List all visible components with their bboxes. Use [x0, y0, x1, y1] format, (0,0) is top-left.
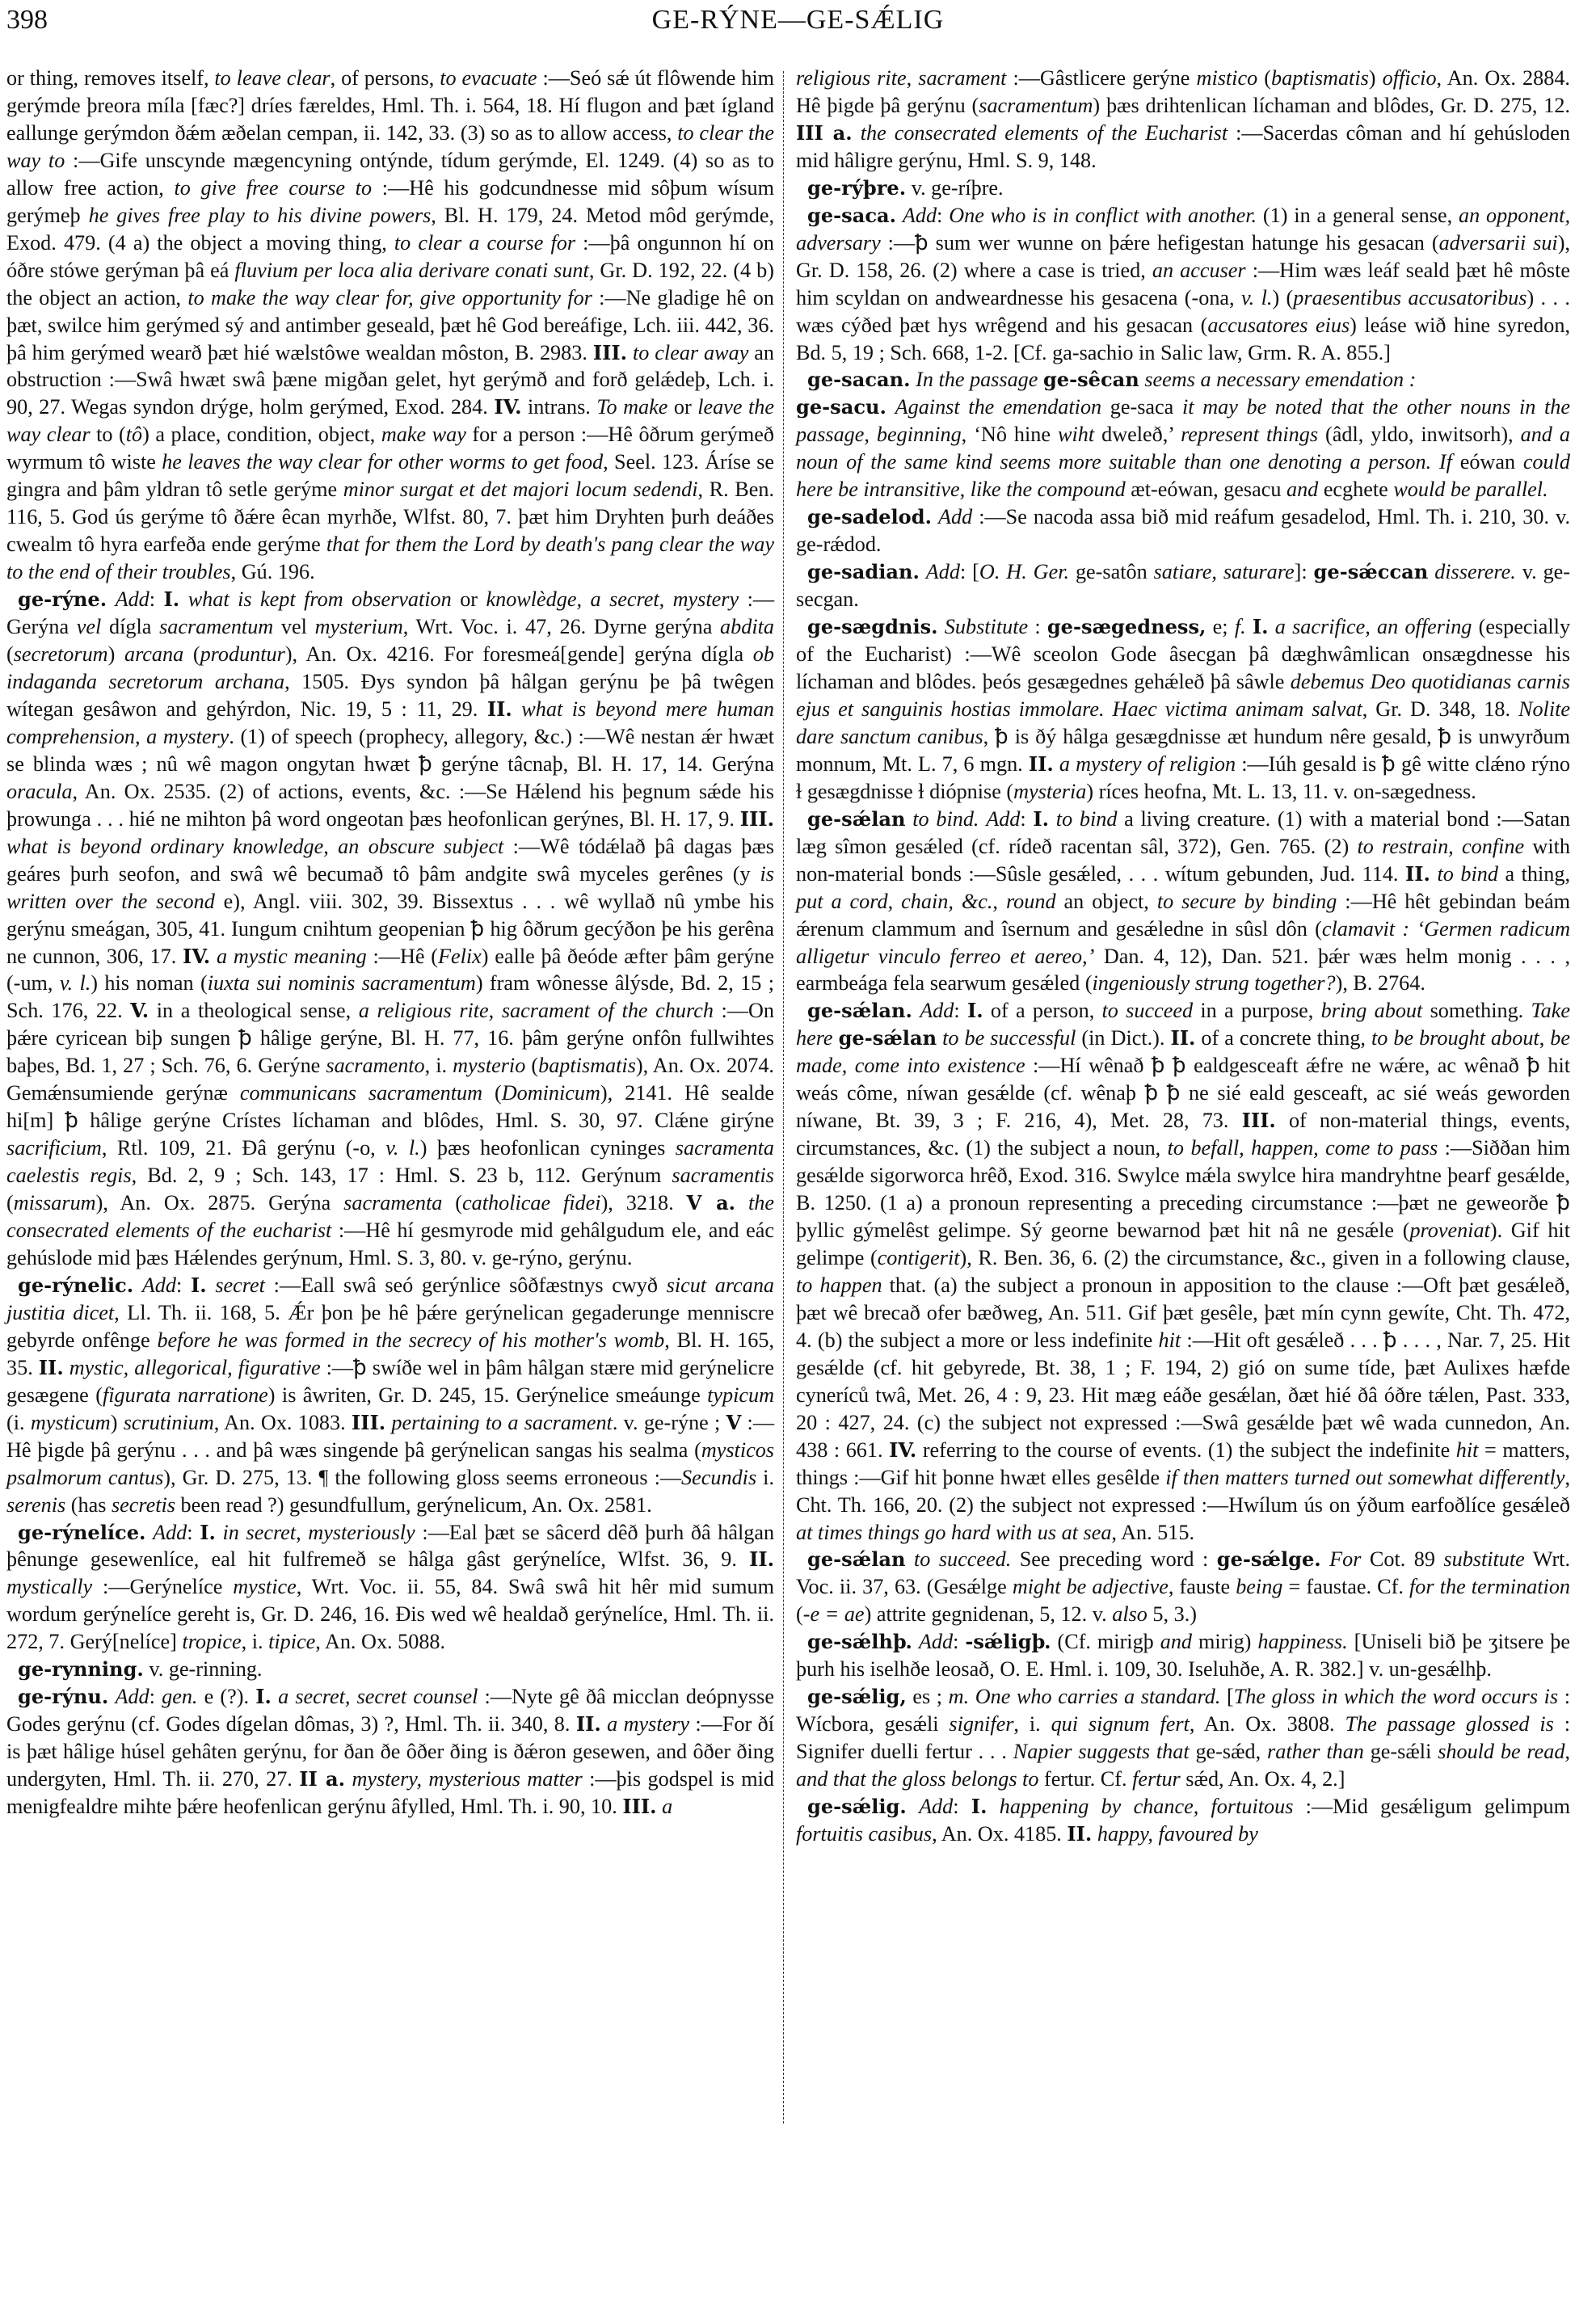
entry-text: See preceding word :	[1011, 1547, 1216, 1571]
gloss-text: catholicae fidei	[462, 1191, 601, 1214]
gloss-text: fluvium per loca alia derivare conati su…	[234, 259, 588, 282]
sense-number: II a.	[299, 1767, 345, 1791]
sense-number: ge-sǽlge.	[1217, 1547, 1321, 1571]
gloss-text: a mystic meaning	[217, 945, 367, 968]
entry-text	[107, 587, 115, 611]
entry-text	[920, 560, 926, 583]
gloss-text: Add	[919, 1795, 953, 1818]
gloss-text: v. l.	[1241, 286, 1272, 309]
sense-number: III.	[593, 341, 627, 364]
entry-text: es ;	[907, 1685, 949, 1708]
gloss-text: iuxta sui nominis sacramentum	[208, 971, 476, 995]
headword: ge-rýnelíce.	[18, 1521, 145, 1544]
gloss-text: signifer	[949, 1712, 1013, 1736]
gloss-text: to make the way clear for, give opportun…	[187, 286, 592, 309]
sense-number: III.	[352, 1411, 385, 1434]
dictionary-entry: ge-rýnu. Add: gen. e (?). I. a secret, s…	[6, 1683, 774, 1821]
gloss-text: missarum	[14, 1191, 96, 1214]
dictionary-entry: ge-sacu. Against the emendation ge-saca …	[796, 394, 1570, 503]
entry-text	[133, 1273, 142, 1297]
entry-text: :—Hê (	[367, 945, 438, 968]
entry-text: :—Mid gesǽligum gelimpum	[1293, 1795, 1570, 1818]
entry-text	[912, 1630, 919, 1653]
headword: ge-sǽlig.	[807, 1795, 907, 1818]
entry-text: . v. ge-rýne ;	[613, 1411, 726, 1434]
entry-text: ,	[1539, 1026, 1551, 1050]
entry-text: (	[482, 1081, 502, 1105]
entry-text: , An. Ox. 2535. (2) of actions, events, …	[6, 780, 774, 831]
gloss-text: mystic, allegorical, figurative	[69, 1356, 321, 1379]
entry-text: ), An. Ox. 4216. For foresmeá[gende] ger…	[285, 642, 753, 666]
gloss-text: to clear away	[633, 341, 748, 364]
gloss-text: bring about	[1321, 999, 1423, 1022]
column-divider	[783, 71, 784, 2124]
gloss-text: Add	[920, 999, 954, 1022]
headword: ge-rýne.	[18, 587, 107, 611]
gloss-text: mysticum	[31, 1411, 111, 1434]
sense-number: III.	[740, 807, 774, 831]
gloss-text: To make	[596, 395, 667, 419]
entry-text	[179, 587, 187, 611]
entry-text: sǽd, An. Ox. 4, 2.]	[1181, 1767, 1345, 1791]
sense-number: ge-sægedness,	[1047, 615, 1206, 638]
entry-text	[938, 615, 945, 638]
entry-text: (	[1257, 66, 1271, 90]
gloss-text: tropice	[182, 1630, 241, 1653]
gloss-text: knowlèdge, a secret, mystery	[486, 587, 739, 611]
gloss-text: to give free course to	[174, 176, 372, 200]
headword: ge-sǽlan.	[807, 999, 912, 1022]
gloss-text: at times things go hard with us at sea	[796, 1521, 1111, 1544]
gloss-text: arcana	[124, 642, 183, 666]
entry-text: , Gú. 196.	[231, 560, 315, 583]
sense-number: I.	[200, 1521, 216, 1544]
gloss-text: mysteria	[1013, 780, 1086, 803]
gloss-text: and	[1160, 1630, 1192, 1653]
entry-text: ) his noman (	[91, 971, 207, 995]
gloss-text: hit	[1159, 1328, 1181, 1352]
gloss-text: what is kept from observation	[188, 587, 452, 611]
sense-number: I.	[164, 587, 180, 611]
headword: ge-sacan.	[807, 368, 911, 391]
sense-number: V a.	[687, 1191, 735, 1214]
entry-text: ), B. 2764.	[1336, 971, 1425, 995]
entry-text: , i.	[425, 1054, 453, 1077]
entry-text: ), Gr. D. 275, 13. ¶ the following gloss…	[163, 1466, 681, 1489]
gloss-text: satiare, saturare	[1154, 560, 1295, 583]
dictionary-entry: ge-sǽlan to bind. Add: I. to bind a livi…	[796, 806, 1570, 998]
entry-text	[627, 341, 633, 364]
gloss-text: mysterium	[315, 615, 403, 638]
entry-text: or	[452, 587, 486, 611]
entry-text: : [	[960, 560, 979, 583]
entry-text: ) þæs drihtenlican líchaman and blôdes, …	[1093, 94, 1570, 117]
gloss-text: in secret	[223, 1521, 297, 1544]
entry-text: )	[108, 642, 124, 666]
entry-text: , An. Ox. 3808.	[1190, 1712, 1345, 1736]
entry-text: :	[149, 587, 164, 611]
entry-text	[1269, 615, 1275, 638]
dictionary-entry: ge-rynning. v. ge-rinning.	[6, 1656, 774, 1683]
gloss-text: to happen	[796, 1273, 882, 1297]
gloss-text: secretis	[112, 1493, 175, 1517]
dictionary-entry: ge-rýþre. v. ge-ríþre.	[796, 175, 1570, 202]
sense-number: III.	[622, 1795, 656, 1818]
entry-text: :	[954, 999, 967, 1022]
headword: ge-rynning.	[18, 1657, 144, 1681]
entry-text	[210, 945, 217, 968]
entry-text: fertur. Cf.	[1038, 1767, 1132, 1791]
entry-text	[735, 1191, 748, 1214]
sense-number: II.	[1170, 1026, 1195, 1050]
gloss-text: v. l.	[385, 1136, 420, 1160]
headword: ge-rýnu.	[18, 1685, 108, 1708]
gloss-text: might be adjective	[1013, 1575, 1169, 1598]
gloss-text: a religious rite, sacrament of the churc…	[359, 999, 714, 1022]
entry-text: (	[796, 1602, 803, 1626]
sense-number: IV.	[494, 395, 521, 419]
gloss-text: Add	[153, 1521, 187, 1544]
entry-text: ) þæs heofonlican cyninges	[420, 1136, 676, 1160]
gloss-text: Add	[986, 807, 1020, 831]
gloss-text: praesentibus accusatoribus	[1293, 286, 1527, 309]
entry-text: ), R. Ben. 36, 6. (2) the circumstance, …	[960, 1246, 1571, 1269]
entry-text: ) is âwriten, Gr. D. 245, 15. Gerýnelice…	[268, 1383, 707, 1407]
gloss-text: to be brought about	[1371, 1026, 1539, 1050]
gloss-text: sacramento	[326, 1054, 424, 1077]
sense-number: II.	[1067, 1822, 1092, 1846]
gloss-text: Napier suggests that	[1013, 1740, 1190, 1763]
entry-text: e (?).	[197, 1685, 255, 1708]
sense-number: IV.	[183, 945, 210, 968]
entry-text: (	[525, 1054, 538, 1077]
entry-text: (i.	[6, 1411, 31, 1434]
entry-text	[979, 807, 986, 831]
entry-text: :—ꝥ sum wer wunne on þǽre hefigestan hat…	[881, 231, 1439, 255]
entry-text: ) ríces heofna, Mt. L. 13, 11. v. on-sæg…	[1086, 780, 1476, 803]
entry-text: ecghete	[1318, 478, 1393, 501]
entry-text: :—Gâstlicere gerýne	[1006, 66, 1196, 90]
entry-text: , fauste	[1169, 1575, 1236, 1598]
gloss-text: the consecrated elements of the Eucharis…	[861, 121, 1228, 145]
entry-text: v. ge-rinning.	[144, 1657, 263, 1681]
entry-text	[907, 1795, 919, 1818]
gloss-text: would be parallel.	[1393, 478, 1548, 501]
headword: ge-sǽlan	[807, 807, 906, 831]
sense-number: I.	[255, 1685, 272, 1708]
sense-number: ge-sǽccan	[1314, 560, 1429, 583]
gloss-text: gen.	[162, 1685, 197, 1708]
entry-text: )	[1369, 66, 1383, 90]
gloss-text: happening by chance, fortuitous	[1000, 1795, 1294, 1818]
entry-text	[1428, 560, 1434, 583]
gloss-text: to secure by binding	[1157, 890, 1337, 913]
gloss-text: contigerit	[878, 1246, 960, 1269]
entry-text: dígla	[101, 615, 159, 638]
entry-text: (	[183, 642, 200, 666]
gloss-text: rather than	[1267, 1740, 1364, 1763]
entry-text: referring to the course of events. (1) t…	[916, 1438, 1456, 1462]
entry-text	[906, 1547, 914, 1571]
gloss-text: to leave clear	[214, 66, 330, 90]
headword: ge-sǽlig,	[807, 1685, 907, 1708]
gloss-text: mysterio	[453, 1054, 525, 1077]
gloss-text: Felix	[438, 945, 482, 968]
gloss-text: wiht	[1058, 423, 1094, 446]
entry-text: (âdl, yldo, inwitsorh),	[1318, 423, 1521, 446]
entry-text: v. ge-ríþre.	[906, 176, 1003, 200]
entry-text: :	[953, 1795, 971, 1818]
entry-text: ge-saca	[1101, 395, 1182, 419]
entry-text: been read ?) gesundfullum, gerýnelicum, …	[175, 1493, 652, 1517]
entry-text	[912, 999, 920, 1022]
entry-text: ]:	[1295, 560, 1314, 583]
gloss-text: sacrificium	[6, 1136, 102, 1160]
gloss-text: a sacrifice, an offering	[1275, 615, 1472, 638]
dictionary-entry: ge-sadian. Add: [O. H. Ger. ge-satôn sat…	[796, 558, 1570, 613]
gloss-text: baptismatis	[538, 1054, 636, 1077]
gloss-text: O. H. Ger.	[979, 560, 1069, 583]
gloss-text: to evacuate	[440, 66, 537, 90]
entry-text: intrans.	[521, 395, 596, 419]
headword: ge-rýþre.	[807, 176, 906, 200]
gloss-text: an accuser	[1152, 259, 1246, 282]
gloss-text: mistico	[1197, 66, 1258, 90]
headword: ge-saca.	[807, 204, 896, 227]
entry-text: , i.	[242, 1630, 268, 1653]
sense-number: IV.	[889, 1438, 916, 1462]
entry-text: :	[937, 204, 949, 227]
entry-text	[896, 204, 903, 227]
entry-text: , Gr. D. 348, 18.	[1362, 697, 1518, 721]
gloss-text: scrutinium	[124, 1411, 214, 1434]
gloss-text: he gives free play to his divine powers	[89, 204, 432, 227]
entry-text	[853, 121, 861, 145]
gloss-text: to befall, happen, come to pass	[1168, 1136, 1438, 1160]
entry-text: ) attrite gegnidenan, 5, 12. v.	[865, 1602, 1113, 1626]
entry-text: ge-sǽli	[1364, 1740, 1438, 1763]
entry-text: in a purpose,	[1193, 999, 1321, 1022]
entry-text: a thing,	[1498, 862, 1570, 886]
headword: ge-sadian.	[807, 560, 920, 583]
sense-number: III a.	[796, 121, 853, 145]
sense-number: V.	[130, 999, 149, 1022]
right-column: religious rite, sacrament :—Gâstlicere g…	[796, 65, 1570, 1848]
gloss-text: In the passage	[916, 368, 1038, 391]
entry-text	[512, 697, 522, 721]
dictionary-entry: ge-sacan. In the passage ge-sêcan seems …	[796, 366, 1570, 394]
gloss-text: a secret, secret counsel	[278, 1685, 478, 1708]
entry-text: , Rtl. 109, 21. Ðâ gerýnu (-o,	[102, 1136, 385, 1160]
gloss-text: and	[1286, 478, 1318, 501]
entry-text: , i.	[1013, 1712, 1051, 1736]
sense-number: I.	[1033, 807, 1049, 831]
gloss-text: vel	[77, 615, 102, 638]
gloss-text: adversarii sui	[1439, 231, 1558, 255]
gloss-text: typicum	[707, 1383, 774, 1407]
headword: ge-sǽlan	[807, 1547, 906, 1571]
gloss-text: put a cord, chain, &c., round	[796, 890, 1056, 913]
gloss-text: secretorum	[14, 642, 108, 666]
gloss-text: to clear a course for	[394, 231, 575, 255]
gloss-text: fertur	[1132, 1767, 1181, 1791]
sense-number: II.	[1029, 752, 1054, 776]
gloss-text: proveniat	[1409, 1219, 1489, 1242]
gloss-text: religious rite, sacrament	[796, 66, 1006, 90]
entry-text	[145, 1521, 153, 1544]
gloss-text: pertaining to a sacrament	[391, 1411, 612, 1434]
entry-text: , An. 515.	[1111, 1521, 1194, 1544]
entry-text: :—Eall swâ seó gerýnlice sôðfæstnys cwyð	[265, 1273, 667, 1297]
gloss-text: sacramentis	[672, 1164, 774, 1187]
gloss-text: Add	[919, 1630, 953, 1653]
gloss-text: accusatores eius	[1207, 314, 1350, 337]
entry-text: , of persons,	[331, 66, 440, 90]
gloss-text: communicans sacramentum	[240, 1081, 482, 1105]
gloss-text: oracula	[6, 780, 72, 803]
sense-number: III.	[1242, 1109, 1276, 1132]
entry-text: :	[953, 1630, 965, 1653]
entry-text: [	[1220, 1685, 1233, 1708]
entry-text	[1049, 807, 1056, 831]
entry-text: (	[6, 642, 14, 666]
gloss-text: secret	[215, 1273, 265, 1297]
entry-text: , Wrt. Voc. i. 47, 26. Dyrne gerýna	[403, 615, 720, 638]
entry-text	[272, 1685, 278, 1708]
entry-text: ge-satôn	[1069, 560, 1154, 583]
gloss-text: mystically	[6, 1575, 92, 1598]
gloss-text: One who is in conflict with another.	[949, 204, 1257, 227]
gloss-text: for the termination	[1409, 1575, 1570, 1598]
gloss-text: Secundis	[681, 1466, 756, 1489]
sense-number: I.	[1253, 615, 1269, 638]
gloss-text: substitute	[1443, 1547, 1524, 1571]
gloss-text: hit	[1456, 1438, 1479, 1462]
entry-text: of a person,	[983, 999, 1102, 1022]
sense-number: I.	[967, 999, 983, 1022]
gloss-text: For	[1329, 1547, 1361, 1571]
dictionary-entry: ge-sǽlig. Add: I. happening by chance, f…	[796, 1793, 1570, 1848]
entry-text	[207, 1273, 216, 1297]
entry-text: = faustae. Cf.	[1282, 1575, 1409, 1598]
headword: ge-sǽlhþ.	[807, 1630, 912, 1653]
gloss-text: tipice	[268, 1630, 315, 1653]
sense-number: I.	[191, 1273, 207, 1297]
sense-number: -sǽligþ.	[965, 1630, 1051, 1653]
entry-text: to (	[91, 423, 126, 446]
gloss-text: sacramentum	[979, 94, 1093, 117]
entry-text: :—Gerýnelíce	[92, 1575, 233, 1598]
gloss-text: Add	[926, 560, 960, 583]
gloss-text: what is beyond ordinary knowledge, an ob…	[6, 835, 503, 858]
entry-text: , ‘Nô hine	[962, 423, 1058, 446]
entry-text: :	[1020, 807, 1033, 831]
gloss-text: Add	[938, 505, 972, 528]
gloss-text: happiness.	[1257, 1630, 1347, 1653]
dictionary-entry: ge-saca. Add: One who is in conflict wit…	[796, 202, 1570, 367]
entry-text: mirig)	[1192, 1630, 1257, 1653]
gloss-text: if then matters turned out somewhat diff…	[1165, 1466, 1564, 1489]
entry-text: something.	[1422, 999, 1531, 1022]
gloss-text: officio	[1383, 66, 1437, 90]
gloss-text: disserere.	[1434, 560, 1516, 583]
gloss-text: -e = ae	[803, 1602, 865, 1626]
gloss-text: happy, favoured by	[1097, 1822, 1258, 1846]
gloss-text: fortuitis casibus	[796, 1822, 932, 1846]
gloss-text: to succeed	[1102, 999, 1194, 1022]
sense-number: II.	[39, 1356, 64, 1379]
gloss-text: to bind.	[912, 807, 979, 831]
gloss-text: ingeniously strung together?	[1092, 971, 1335, 995]
gloss-text: mystice	[233, 1575, 297, 1598]
entry-text	[1321, 1547, 1329, 1571]
sense-number: V	[726, 1411, 742, 1434]
entry-text: ) (	[1272, 286, 1293, 309]
headword: ge-rýnelic.	[18, 1273, 133, 1297]
headword: ge-sægdnis.	[807, 615, 938, 638]
dictionary-entry: or thing, removes itself, to leave clear…	[6, 65, 774, 586]
entry-text	[64, 1356, 69, 1379]
headword: ge-sacu.	[796, 395, 886, 419]
entry-text: an object,	[1056, 890, 1157, 913]
left-column: or thing, removes itself, to leave clear…	[6, 65, 774, 1821]
sense-number: II.	[1405, 862, 1430, 886]
entry-text: ge-sǽd,	[1190, 1740, 1267, 1763]
entry-text: e;	[1206, 615, 1234, 638]
dictionary-entry: ge-sadelod. Add :—Se nacoda assa bið mid…	[796, 503, 1570, 558]
sense-number: ge-sêcan	[1043, 368, 1139, 391]
gloss-text: make way	[381, 423, 466, 446]
gloss-text: f.	[1235, 615, 1246, 638]
entry-text	[833, 1026, 839, 1050]
gloss-text: qui signum fert	[1051, 1712, 1190, 1736]
entry-text: )	[111, 1411, 124, 1434]
gloss-text: to restrain, confine	[1358, 835, 1525, 858]
gloss-text: v. l.	[60, 971, 91, 995]
gloss-text: also	[1112, 1602, 1148, 1626]
entry-text: eówan	[1452, 450, 1523, 474]
entry-text: (1) in a general sense,	[1257, 204, 1459, 227]
sense-number: ge-sǽlan	[839, 1026, 937, 1050]
gloss-text: serenis	[6, 1493, 65, 1517]
entry-text: or	[667, 395, 697, 419]
gloss-text: he leaves the way clear for other worms …	[162, 450, 603, 474]
entry-text: (in Dict.).	[1076, 1026, 1170, 1050]
gloss-text: being	[1236, 1575, 1282, 1598]
entry-text: vel	[273, 615, 314, 638]
gloss-text: Add	[142, 1273, 176, 1297]
gloss-text: mysteriously	[308, 1521, 415, 1544]
dictionary-entry: ge-rýnelic. Add: I. secret :—Eall swâ se…	[6, 1272, 774, 1519]
gloss-text: tô	[126, 423, 142, 446]
entry-text	[1054, 752, 1059, 776]
sense-number: I.	[971, 1795, 987, 1818]
gloss-text: Add	[903, 204, 937, 227]
gloss-text: sacramenta	[343, 1191, 442, 1214]
entry-text: ), 3218.	[601, 1191, 687, 1214]
gloss-text: Substitute	[945, 615, 1028, 638]
gloss-text: Add	[116, 587, 149, 611]
dictionary-entry: ge-sǽlan. Add: I. of a person, to succee…	[796, 997, 1570, 1546]
dictionary-entry: ge-sǽlan to succeed. See preceding word …	[796, 1546, 1570, 1628]
sense-number: II.	[487, 697, 512, 721]
gloss-text: to bind	[1056, 807, 1118, 831]
gloss-text: represent things	[1181, 423, 1318, 446]
entry-text: or thing, removes itself,	[6, 66, 214, 90]
entry-text: in a theological sense,	[149, 999, 359, 1022]
entry-text: æt-eówan, gesacu	[1126, 478, 1286, 501]
entry-text: (Cf. mirigþ	[1051, 1630, 1160, 1653]
